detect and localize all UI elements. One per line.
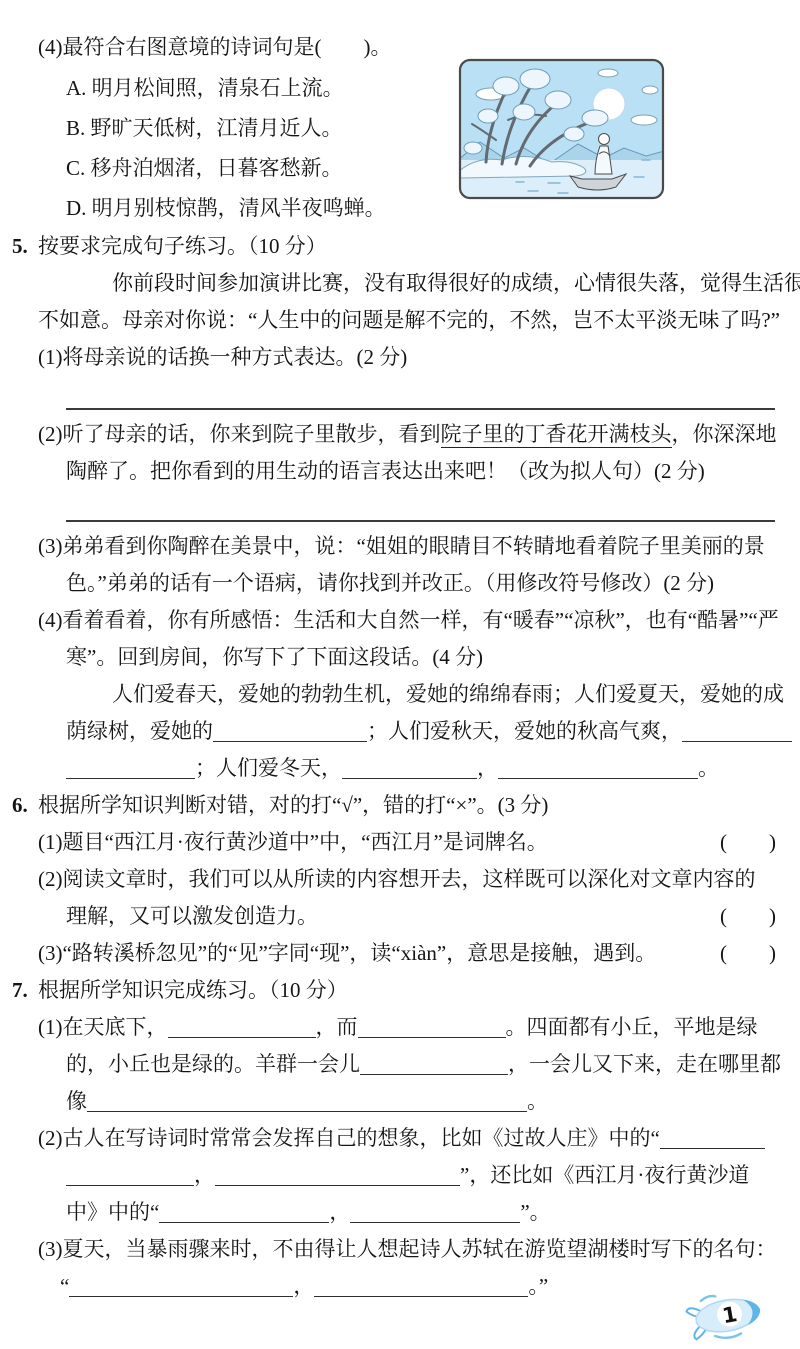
q5-item3-line2: 色。”弟弟的话有一个语病，请你找到并改正。（用修改符号修改）(2 分) <box>0 565 800 602</box>
answer-blank[interactable] <box>660 1126 765 1149</box>
rocket-icon: 1 <box>684 1290 766 1344</box>
text: (2)古人在写诗词时常常会发挥自己的想象，比如《过故人庄》中的“ <box>38 1126 660 1150</box>
q7-header: 7.根据所学知识完成练习。（10 分） <box>0 972 800 1009</box>
text: ， <box>477 756 498 780</box>
text: 。 <box>698 756 719 780</box>
q5-item4-para-line1: 人们爱春天，爱她的勃勃生机，爱她的绵绵春雨；人们爱夏天，爱她的成 <box>0 676 800 713</box>
answer-parens[interactable]: ( ) <box>720 898 776 935</box>
question-7-block: 7.根据所学知识完成练习。（10 分） (1)在天底下，，而。四面都有小丘，平地… <box>0 972 800 1305</box>
text: (1)在天底下， <box>38 1015 168 1039</box>
q5-item4-line1: (4)看着看着，你有所感悟：生活和大自然一样，有“暖春”“凉秋”，也有“酷暑”“… <box>0 602 800 639</box>
text: 。 <box>527 1089 548 1113</box>
q5-item4-para-line3: ；人们爱冬天，，。 <box>0 750 800 787</box>
answer-line[interactable] <box>66 408 775 410</box>
q5-header: 5.按要求完成句子练习。（10 分） <box>0 228 800 265</box>
worksheet-page: (4)最符合右图意境的诗词句是( )。 A. 明月松间照，清泉石上流。 B. 野… <box>0 0 800 1349</box>
question-6-block: 6.根据所学知识判断对错，对的打“√”，错的打“×”。(3 分) (1)题目“西… <box>0 787 800 972</box>
q5-item4-line2: 寒”。回到房间，你写下了下面这段话。(4 分) <box>0 639 800 676</box>
answer-parens[interactable]: ( ) <box>720 824 776 861</box>
q5-number: 5. <box>12 228 38 265</box>
text: 理解，又可以激发创造力。 <box>66 904 318 928</box>
q7-item3-line2: “，。” <box>0 1268 800 1305</box>
q7-title: 根据所学知识完成练习。（10 分） <box>38 978 348 1002</box>
answer-blank[interactable] <box>682 719 792 742</box>
text: 。” <box>528 1274 548 1298</box>
answer-blank[interactable] <box>215 1163 460 1186</box>
text: ， <box>194 1163 215 1187</box>
rocket-swoosh-top <box>700 1295 715 1301</box>
q4-option-d: D. 明月别枝惊鹊，清风半夜鸣蝉。 <box>0 188 800 228</box>
answer-blank[interactable] <box>213 719 367 742</box>
answer-blank[interactable] <box>360 1052 508 1075</box>
q4-option-c: C. 移舟泊烟渚，日暮客愁新。 <box>0 148 800 188</box>
q5-item1-answer-row <box>0 376 800 416</box>
q6-number: 6. <box>12 787 38 824</box>
text: ，而 <box>316 1015 358 1039</box>
q7-item2-line1: (2)古人在写诗词时常常会发挥自己的想象，比如《过故人庄》中的“ <box>0 1120 800 1157</box>
answer-blank[interactable] <box>358 1015 506 1038</box>
text: 的，小丘也是绿的。羊群一会儿 <box>66 1052 360 1076</box>
q6-header: 6.根据所学知识判断对错，对的打“√”，错的打“×”。(3 分) <box>0 787 800 824</box>
answer-blank[interactable] <box>159 1200 329 1223</box>
answer-parens[interactable]: ( ) <box>315 35 371 59</box>
answer-line[interactable] <box>66 520 775 522</box>
q5-item1: (1)将母亲说的话换一种方式表达。(2 分) <box>0 339 800 376</box>
q5-item2-line1: (2)听了母亲的话，你来到院子里散步，看到院子里的丁香花开满枝头，你深深地 <box>0 416 800 453</box>
q7-item1-line1: (1)在天底下，，而。四面都有小丘，平地是绿 <box>0 1009 800 1046</box>
q7-item1-line2: 的，小丘也是绿的。羊群一会儿，一会儿又下来，走在哪里都 <box>0 1046 800 1083</box>
answer-blank[interactable] <box>342 756 477 779</box>
text: (1)题目“西江月·夜行黄沙道中”中，“西江月”是词牌名。 <box>38 830 548 854</box>
q5-item2-text-tail: ，你深深地 <box>672 422 777 446</box>
answer-blank[interactable] <box>498 756 698 779</box>
q6-item3: (3)“路转溪桥忽见”的“见”字同“现”，读“xiàn”，意思是接触，遇到。 (… <box>0 935 800 972</box>
text: ，一会儿又下来，走在哪里都 <box>508 1052 781 1076</box>
q7-number: 7. <box>12 972 38 1009</box>
answer-parens[interactable]: ( ) <box>720 935 776 972</box>
q4-option-a: A. 明月松间照，清泉石上流。 <box>0 68 800 108</box>
q4-option-b: B. 野旷天低树，江清月近人。 <box>0 108 800 148</box>
rocket-swoosh <box>715 1331 741 1340</box>
q5-title: 按要求完成句子练习。（10 分） <box>38 234 327 258</box>
question-4-block: (4)最符合右图意境的诗词句是( )。 A. 明月松间照，清泉石上流。 B. 野… <box>0 26 800 228</box>
q6-item1: (1)题目“西江月·夜行黄沙道中”中，“西江月”是词牌名。 ( ) <box>0 824 800 861</box>
answer-blank[interactable] <box>314 1274 528 1297</box>
question-5-block: 5.按要求完成句子练习。（10 分） 你前段时间参加演讲比赛，没有取得很好的成绩… <box>0 228 800 787</box>
text: 。四面都有小丘，平地是绿 <box>506 1015 758 1039</box>
text: ；人们爱冬天， <box>195 756 342 780</box>
text: ， <box>293 1274 314 1298</box>
answer-blank[interactable] <box>66 756 195 779</box>
q5-item3-line1: (3)弟弟看到你陶醉在美景中，说：“姐姐的眼睛目不转睛地看着院子里美丽的景 <box>0 528 800 565</box>
answer-blank[interactable] <box>87 1089 527 1112</box>
q5-item4-para-line2: 荫绿树，爱她的；人们爱秋天，爱她的秋高气爽， <box>0 713 800 750</box>
q6-item2-line2: 理解，又可以激发创造力。 ( ) <box>0 898 800 935</box>
text: ”，还比如《西江月·夜行黄沙道 <box>460 1163 749 1187</box>
text: ， <box>329 1200 350 1224</box>
q5-intro-line2: 不如意。母亲对你说：“人生中的问题是解不完的，不然，岂不太平淡无味了吗?” <box>0 302 800 339</box>
q7-item1-line3: 像。 <box>0 1083 800 1120</box>
q5-item2-text: (2)听了母亲的话，你来到院子里散步，看到 <box>38 422 441 446</box>
text: ”。 <box>520 1200 550 1224</box>
q7-item2-line2: ，”，还比如《西江月·夜行黄沙道 <box>0 1157 800 1194</box>
text: 中》中的“ <box>66 1200 159 1224</box>
answer-blank[interactable] <box>350 1200 520 1223</box>
worksheet-content: (4)最符合右图意境的诗词句是( )。 A. 明月松间照，清泉石上流。 B. 野… <box>0 26 800 1305</box>
text: 荫绿树，爱她的 <box>66 719 213 743</box>
q6-item2-line1: (2)阅读文章时，我们可以从所读的内容想开去，这样既可以深化对文章内容的 <box>0 861 800 898</box>
q5-item2-underlined-phrase: 院子里的丁香花开满枝头 <box>441 422 672 448</box>
page-number-rocket: 1 <box>684 1290 766 1344</box>
answer-blank[interactable] <box>69 1274 293 1297</box>
q5-intro-line1: 你前段时间参加演讲比赛，没有取得很好的成绩，心情很失落，觉得生活很 <box>0 265 800 302</box>
text: “ <box>60 1274 69 1298</box>
q7-item3-line1: (3)夏天，当暴雨骤来时，不由得让人想起诗人苏轼在游览望湖楼时写下的名句： <box>0 1231 800 1268</box>
q4-stem-text: (4)最符合右图意境的诗词句是 <box>38 35 315 59</box>
q5-item2-line2: 陶醉了。把你看到的用生动的语言表达出来吧！（改为拟人句）(2 分) <box>0 453 800 490</box>
q7-item2-line3: 中》中的“，”。 <box>0 1194 800 1231</box>
q5-item2-answer-row <box>0 490 800 528</box>
answer-blank[interactable] <box>168 1015 316 1038</box>
q6-title: 根据所学知识判断对错，对的打“√”，错的打“×”。(3 分) <box>38 793 548 817</box>
text: ；人们爱秋天，爱她的秋高气爽， <box>367 719 682 743</box>
q4-stem-period: 。 <box>371 35 392 59</box>
q4-stem: (4)最符合右图意境的诗词句是( )。 <box>0 26 800 68</box>
text: 像 <box>66 1089 87 1113</box>
text: (3)“路转溪桥忽见”的“见”字同“现”，读“xiàn”，意思是接触，遇到。 <box>38 941 656 965</box>
answer-blank[interactable] <box>66 1163 194 1186</box>
